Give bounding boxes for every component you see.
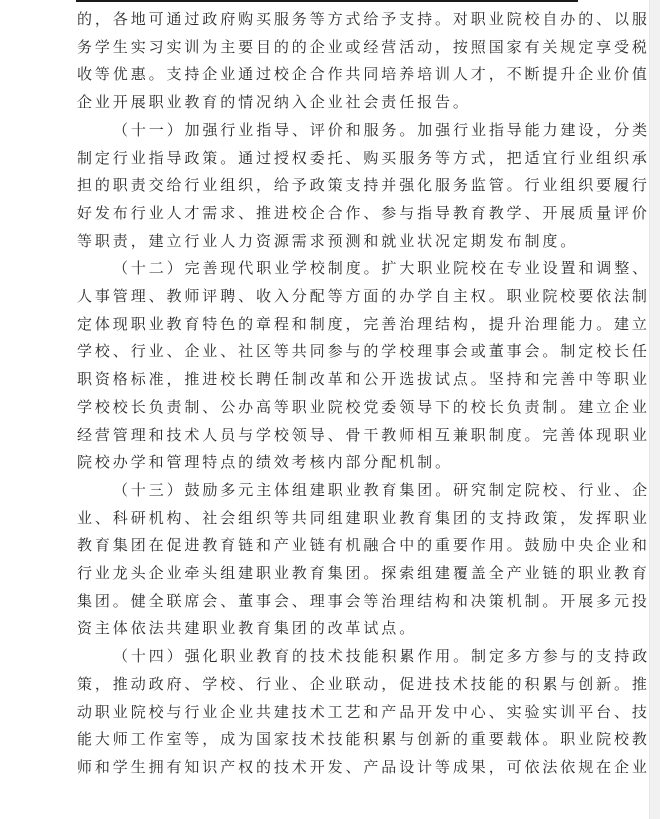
paragraph-section-12: （十二）完善现代职业学校制度。扩大职业院校在专业设置和调整、 人事管理、教师评聘… (77, 255, 581, 477)
text-line: 等职责，建立行业人力资源需求预测和就业状况定期发布制度。 (77, 228, 581, 256)
paragraph-continuation: 的，各地可通过政府购买服务等方式给予支持。对职业院校自办的、以服 务学生实习实训… (77, 6, 581, 117)
paragraph-section-14: （十四）强化职业教育的技术技能积累作用。制定多方参与的支持政 策，推动政府、学校… (77, 643, 581, 782)
text-line: 务学生实习实训为主要目的的企业或经营活动，按照国家有关规定享受税 (77, 34, 581, 62)
text-line: （十一）加强行业指导、评价和服务。加强行业指导能力建设，分类 (77, 117, 581, 145)
text-line: 制定行业指导政策。通过授权委托、购买服务等方式，把适宜行业组织承 (77, 145, 581, 173)
text-line: 行业龙头企业牵头组建职业教育集团。探索组建覆盖全产业链的职业教育 (77, 560, 581, 588)
paragraph-section-11: （十一）加强行业指导、评价和服务。加强行业指导能力建设，分类 制定行业指导政策。… (77, 117, 581, 256)
text-line: 动职业院校与行业企业共建技术工艺和产品开发中心、实验实训平台、技 (77, 699, 581, 727)
paragraph-section-13: （十三）鼓励多元主体组建职业教育集团。研究制定院校、行业、企 业、科研机构、社会… (77, 477, 581, 643)
text-line: 能大师工作室等，成为国家技术技能积累与创新的重要载体。职业院校教 (77, 726, 581, 754)
text-line: 院校办学和管理特点的绩效考核内部分配机制。 (77, 449, 581, 477)
text-line: 资主体依法共建职业教育集团的改革试点。 (77, 615, 581, 643)
text-line: 学校校长负责制、公办高等职业院校党委领导下的校长负责制。建立企业 (77, 394, 581, 422)
text-line: 人事管理、教师评聘、收入分配等方面的办学自主权。职业院校要依法制 (77, 283, 581, 311)
text-line: 职资格标准，推进校长聘任制改革和公开选拔试点。坚持和完善中等职业 (77, 366, 581, 394)
text-line: 师和学生拥有知识产权的技术开发、产品设计等成果，可依法依规在企业 (77, 754, 581, 782)
top-rule-divider (76, 0, 578, 2)
text-line: 业、科研机构、社会组织等共同组建职业教育集团的支持政策，发挥职业 (77, 505, 581, 533)
text-line: 学校、行业、企业、社区等共同参与的学校理事会或董事会。制定校长任 (77, 338, 581, 366)
document-page: 的，各地可通过政府购买服务等方式给予支持。对职业院校自办的、以服 务学生实习实训… (0, 0, 650, 819)
text-line: 好发布行业人才需求、推进校企合作、参与指导教育教学、开展质量评价 (77, 200, 581, 228)
text-line: 收等优惠。支持企业通过校企合作共同培养培训人才，不断提升企业价值。 (77, 61, 581, 89)
text-line: 策，推动政府、学校、行业、企业联动，促进技术技能的积累与创新。推 (77, 671, 581, 699)
text-line: 教育集团在促进教育链和产业链有机融合中的重要作用。鼓励中央企业和 (77, 532, 581, 560)
document-body: 的，各地可通过政府购买服务等方式给予支持。对职业院校自办的、以服 务学生实习实训… (77, 6, 581, 782)
text-line: （十三）鼓励多元主体组建职业教育集团。研究制定院校、行业、企 (77, 477, 581, 505)
text-line: 定体现职业教育特色的章程和制度，完善治理结构，提升治理能力。建立 (77, 311, 581, 339)
text-line: 集团。健全联席会、董事会、理事会等治理结构和决策机制。开展多元投 (77, 588, 581, 616)
text-line: 担的职责交给行业组织，给予政策支持并强化服务监管。行业组织要履行 (77, 172, 581, 200)
vertical-scrollbar[interactable] (649, 0, 660, 819)
text-line: 企业开展职业教育的情况纳入企业社会责任报告。 (77, 89, 581, 117)
text-line: 经营管理和技术人员与学校领导、骨干教师相互兼职制度。完善体现职业 (77, 422, 581, 450)
text-line: （十四）强化职业教育的技术技能积累作用。制定多方参与的支持政 (77, 643, 581, 671)
text-line: 的，各地可通过政府购买服务等方式给予支持。对职业院校自办的、以服 (77, 6, 581, 34)
text-line: （十二）完善现代职业学校制度。扩大职业院校在专业设置和调整、 (77, 255, 581, 283)
